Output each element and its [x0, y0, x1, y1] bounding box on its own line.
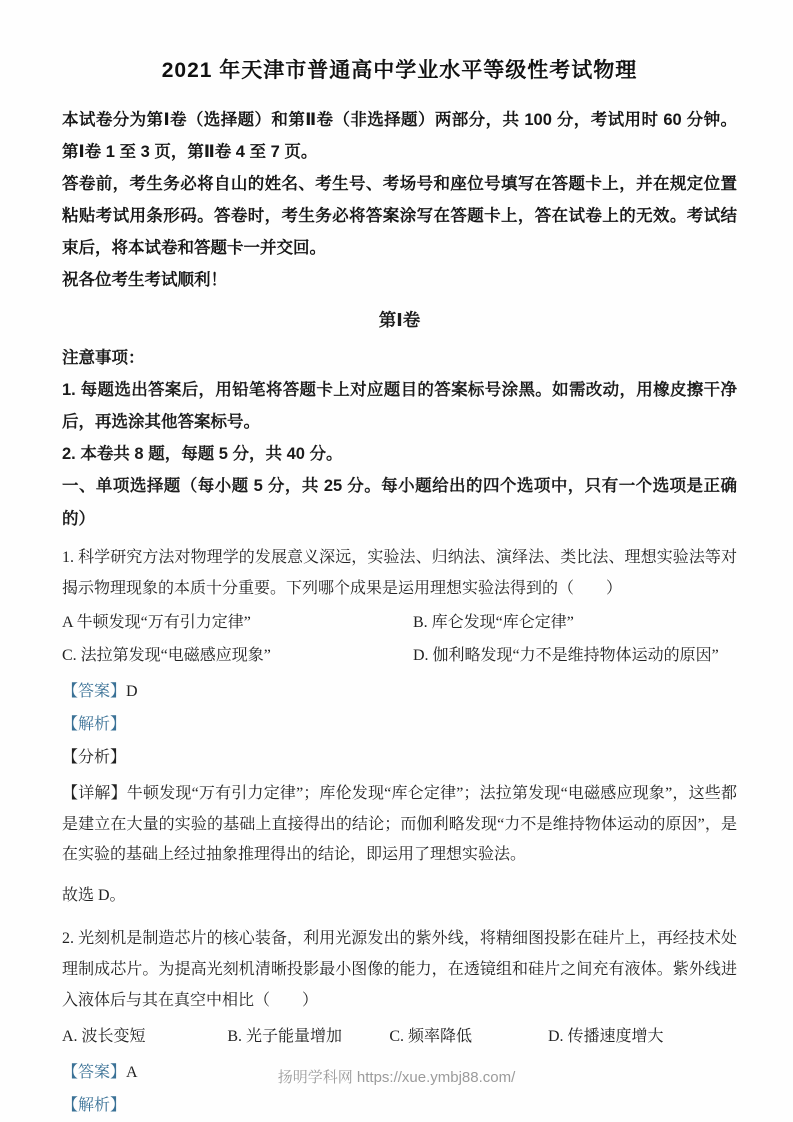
spacer [62, 911, 737, 917]
jiexi-label: 【解析】 [62, 716, 126, 733]
intro-paragraph-wish: 祝各位考生考试顺利！ [62, 264, 737, 296]
answer-value: D [126, 683, 138, 700]
notice-item-2: 2. 本卷共 8 题，每题 5 分，共 40 分。 [62, 438, 737, 470]
question-1-option-a: A 牛顿发现“万有引力定律” [62, 606, 413, 639]
question-1-explanation: 【详解】牛顿发现“万有引力定律”；库伦发现“库仑定律”；法拉第发现“电磁感应现象… [62, 779, 737, 871]
question-1-option-c: C. 法拉第发现“电磁感应现象” [62, 639, 413, 672]
question-2-options: A. 波长变短 B. 光子能量增加 C. 频率降低 D. 传播速度增大 [62, 1020, 737, 1053]
question-1-fenxi-line: 【分析】 [62, 745, 737, 771]
document-title: 2021 年天津市普通高中学业水平等级性考试物理 [62, 54, 737, 84]
question-1-option-d: D. 伽利略发现“力不是维持物体运动的原因” [413, 639, 737, 672]
footer-site-url[interactable]: https://xue.ymbj88.com/ [357, 1069, 515, 1086]
footer-site-name: 扬明学科网 [278, 1069, 353, 1086]
question-2-option-a: A. 波长变短 [62, 1020, 227, 1053]
question-1-stem: 1. 科学研究方法对物理学的发展意义深远，实验法、归纳法、演绎法、类比法、理想实… [62, 542, 737, 604]
question-2-stem: 2. 光刻机是制造芯片的核心装备，利用光源发出的紫外线，将精细图投影在硅片上，再… [62, 923, 737, 1016]
footer-watermark: 扬明学科网 https://xue.ymbj88.com/ [0, 1066, 793, 1087]
fenxi-label: 【分析】 [62, 749, 126, 766]
question-2-option-c: C. 频率降低 [389, 1020, 548, 1053]
exam-document-page: 2021 年天津市普通高中学业水平等级性考试物理 本试卷分为第Ⅰ卷（选择题）和第… [0, 0, 793, 1122]
notice-item-1: 1. 每题选出答案后，用铅笔将答题卡上对应题目的答案标号涂黑。如需改动，用橡皮擦… [62, 374, 737, 438]
question-1-option-b: B. 库仑发现“库仑定律” [413, 606, 737, 639]
question-2-option-b: B. 光子能量增加 [227, 1020, 389, 1053]
answer-label: 【答案】 [62, 683, 126, 700]
question-1-jiexi-line: 【解析】 [62, 712, 737, 738]
section-heading-part1: 第Ⅰ卷 [62, 304, 737, 336]
intro-paragraph-structure: 本试卷分为第Ⅰ卷（选择题）和第Ⅱ卷（非选择题）两部分，共 100 分，考试用时 … [62, 104, 737, 168]
document-content: 2021 年天津市普通高中学业水平等级性考试物理 本试卷分为第Ⅰ卷（选择题）和第… [0, 0, 793, 1119]
jiexi-label: 【解析】 [62, 1097, 126, 1114]
question-2-jiexi-line: 【解析】 [62, 1093, 737, 1119]
multiple-choice-section-title: 一、单项选择题（每小题 5 分，共 25 分。每小题给出的四个选项中，只有一个选… [62, 470, 737, 536]
intro-paragraph-answering-rules: 答卷前，考生务必将自山的姓名、考生号、考场号和座位号填写在答题卡上，并在规定位置… [62, 168, 737, 264]
xiangjie-label: 【详解】 [62, 785, 127, 802]
question-2-option-d: D. 传播速度增大 [548, 1020, 737, 1053]
xiangjie-text: 牛顿发现“万有引力定律”；库伦发现“库仑定律”；法拉第发现“电磁感应现象”，这些… [62, 785, 737, 863]
question-1-answer-line: 【答案】D [62, 679, 737, 705]
notice-title: 注意事项： [62, 342, 737, 374]
question-1-conclusion: 故选 D。 [62, 881, 737, 911]
question-1-options: A 牛顿发现“万有引力定律” B. 库仑发现“库仑定律” C. 法拉第发现“电磁… [62, 606, 737, 672]
